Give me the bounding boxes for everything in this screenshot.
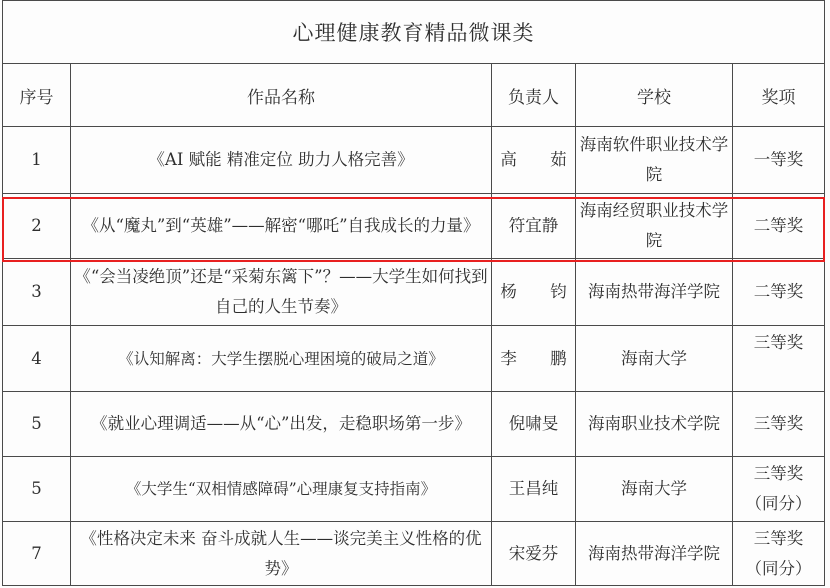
table-row: 5 《大学生“双相情感障碍”心理康复支持指南》 王昌纯 海南大学 三等奖 （同分… [3,457,825,522]
table-row: 4 《认知解离：大学生摆脱心理困境的破局之道》 李 鹏 海南大学 三等奖 [3,326,825,392]
award-label: 二等奖 [733,277,824,307]
cell-person: 王昌纯 [492,457,576,522]
cell-school: 海南大学 [576,457,733,522]
cell-no: 1 [3,127,71,194]
cell-person: 宋爱芬 [492,522,576,586]
award-label: 三等奖 [733,524,824,554]
table-row: 7 《性格决定未来 奋斗成就人生——谈完美主义性格的优势》 宋爱芬 海南热带海洋… [3,522,825,586]
table-header-row: 序号 作品名称 负责人 学校 奖项 [3,64,825,127]
cell-no: 4 [3,326,71,392]
cell-work-title: 《性格决定未来 奋斗成就人生——谈完美主义性格的优势》 [71,522,492,586]
column-header-award: 奖项 [733,64,825,127]
cell-school: 海南热带海洋学院 [576,259,733,326]
cell-no: 3 [3,259,71,326]
person-name: 高 茹 [500,150,580,169]
document-page: 心理健康教育精品微课类 序号 作品名称 负责人 学校 奖项 1 《AI 赋能 精… [0,0,830,588]
cell-work-title: 《大学生“双相情感障碍”心理康复支持指南》 [71,457,492,522]
table-row: 3 《“会当凌绝顶”还是“采菊东篱下”？——大学生如何找到自己的人生节奏》 杨 … [3,259,825,326]
cell-person: 杨 钧 [492,259,576,326]
cell-work-title: 《AI 赋能 精准定位 助力人格完善》 [71,127,492,194]
cell-school: 海南热带海洋学院 [576,522,733,586]
cell-person: 高 茹 [492,127,576,194]
cell-no: 5 [3,392,71,457]
column-header-school: 学校 [576,64,733,127]
column-header-title: 作品名称 [71,64,492,127]
cell-school: 海南职业技术学院 [576,392,733,457]
cell-school: 海南大学 [576,326,733,392]
award-table: 心理健康教育精品微课类 序号 作品名称 负责人 学校 奖项 1 《AI 赋能 精… [2,0,825,586]
cell-work-title: 《从“魔丸”到“英雄”——解密“哪吒”自我成长的力量》 [71,194,492,259]
award-label: 二等奖 [733,211,824,241]
cell-school: 海南经贸职业技术学院 [576,194,733,259]
cell-award: 一等奖 [733,127,825,194]
award-tie-note: （同分） [733,554,824,584]
cell-award: 三等奖 （同分） [733,457,825,522]
award-label: 一等奖 [733,145,824,175]
cell-award: 三等奖 [733,326,825,392]
cell-work-title: 《认知解离：大学生摆脱心理困境的破局之道》 [71,326,492,392]
cell-no: 5 [3,457,71,522]
cell-person: 李 鹏 [492,326,576,392]
table-title: 心理健康教育精品微课类 [3,1,825,64]
cell-award: 二等奖 [733,259,825,326]
table-row-highlighted: 2 《从“魔丸”到“英雄”——解密“哪吒”自我成长的力量》 符宜静 海南经贸职业… [3,194,825,259]
person-name: 杨 钧 [500,282,580,301]
award-label: 三等奖 [733,328,824,358]
table-title-row: 心理健康教育精品微课类 [3,1,825,64]
cell-award: 二等奖 [733,194,825,259]
cell-no: 7 [3,522,71,586]
award-label: 三等奖 [733,409,824,439]
table-row: 5 《就业心理调适——从“心”出发，走稳职场第一步》 倪啸旻 海南职业技术学院 … [3,392,825,457]
cell-school: 海南软件职业技术学院 [576,127,733,194]
cell-no: 2 [3,194,71,259]
column-header-person: 负责人 [492,64,576,127]
cell-award: 三等奖 （同分） [733,522,825,586]
cell-person: 倪啸旻 [492,392,576,457]
cell-work-title: 《“会当凌绝顶”还是“采菊东篱下”？——大学生如何找到自己的人生节奏》 [71,259,492,326]
person-name: 李 鹏 [500,349,580,368]
column-header-no: 序号 [3,64,71,127]
table-row: 1 《AI 赋能 精准定位 助力人格完善》 高 茹 海南软件职业技术学院 一等奖 [3,127,825,194]
cell-person: 符宜静 [492,194,576,259]
award-label: 三等奖 [733,459,824,489]
cell-award: 三等奖 [733,392,825,457]
award-tie-note: （同分） [733,489,824,519]
cell-work-title: 《就业心理调适——从“心”出发，走稳职场第一步》 [71,392,492,457]
